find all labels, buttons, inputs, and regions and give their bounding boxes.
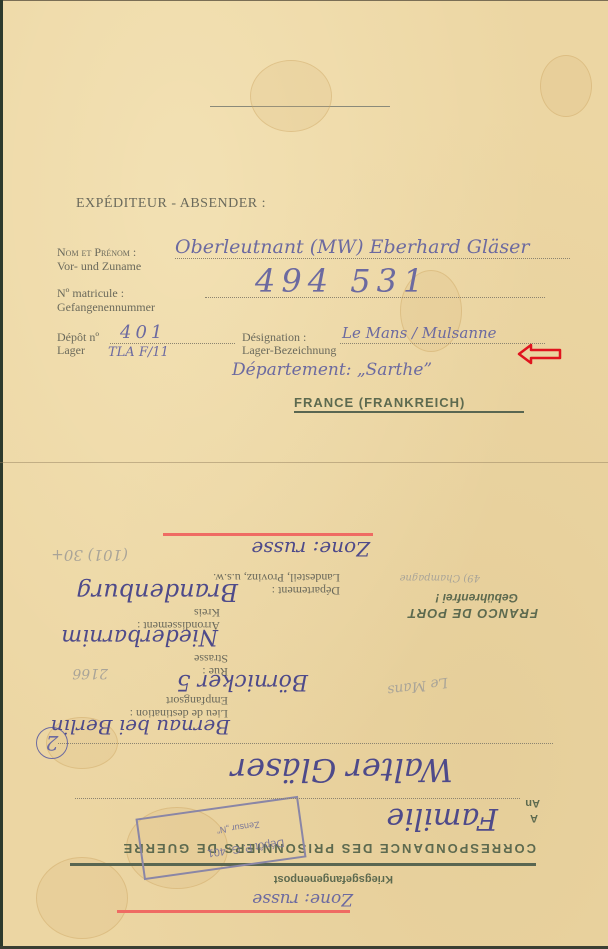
depot-label-de: Lager	[57, 345, 85, 356]
stain	[36, 857, 128, 939]
card-top-edge	[0, 0, 608, 1]
number-label-fr: Nº matricule :	[57, 288, 124, 299]
zone-top: Zone: russe	[251, 537, 370, 561]
prisoner-number-value: 494 531	[255, 262, 429, 300]
country-underline	[294, 411, 524, 413]
departement-value: Département: „Sarthe”	[232, 360, 432, 380]
franco-line2: Gebührenfrei !	[435, 591, 518, 605]
depot-value: 401	[120, 322, 166, 343]
depot-label-fr: Dépôt nº	[57, 332, 99, 343]
pencil-note-2: 49) Champagne	[400, 572, 480, 583]
header-rule	[70, 863, 536, 866]
recipient-section: CORRESPONDANCE DES PRISONNIERS DE GUERRE…	[0, 463, 608, 949]
red-underline	[117, 910, 350, 913]
name-label-de: Vor- und Zuname	[57, 261, 141, 272]
pencil-note-1: (101) 30+	[51, 546, 128, 564]
to-label-fr: A	[530, 812, 538, 824]
subheader-kriegsgefangenenpost: Kriegsgefangenenpost	[274, 873, 393, 885]
designation-dotted-line	[340, 343, 545, 344]
place-value: Bernau bei Berlin	[51, 715, 230, 739]
name-dotted-line	[175, 258, 570, 259]
to-dotted-line1	[75, 798, 520, 799]
pow-postcard: EXPÉDITEUR - ABSENDER : Nom et Prénom : …	[0, 0, 608, 949]
sender-heading: EXPÉDITEUR - ABSENDER :	[76, 196, 266, 212]
to-label-de: An	[525, 797, 540, 809]
street-pencil-note: 2166	[72, 665, 108, 681]
depot-sub-value: TLA F/11	[108, 345, 169, 360]
sender-name-value: Oberleutnant (MW) Eberhard Gläser	[175, 236, 529, 258]
arrond-value: Niederbarnim	[61, 624, 218, 649]
designation-value: Le Mans / Mulsanne	[342, 324, 497, 342]
stain	[250, 60, 332, 132]
left-arrow-icon	[517, 343, 563, 365]
designation-label-fr: Désignation :	[242, 332, 306, 343]
country-label: FRANCE (FRANKREICH)	[294, 395, 465, 410]
number-label-de: Gefangenennummer	[57, 302, 155, 313]
to-line1-value: Familie	[386, 801, 498, 836]
name-label-fr: Nom et Prénom :	[57, 247, 136, 258]
franco-line1: FRANCO DE PORT	[407, 606, 538, 621]
to-dotted-line2	[58, 743, 553, 744]
stamp-line1: Dépôt P. G. 401	[207, 836, 285, 859]
red-underline	[163, 533, 373, 536]
street-value: Börnicker 5	[177, 669, 308, 694]
arrond-label-de: Kreis	[194, 607, 220, 618]
dept-value: Brandenburg	[76, 578, 238, 606]
zone-bottom: Zone: russe	[252, 889, 353, 909]
depot-dotted-line	[110, 343, 235, 344]
to-line2-value: Walter Gläser	[231, 751, 453, 789]
dept-label-fr: Département :	[272, 585, 340, 596]
stamp-line2: Zensur „N”	[216, 820, 260, 836]
place-label-de: Empfangsort	[166, 695, 228, 706]
designation-label-de: Lager-Bezeichnung	[242, 345, 336, 356]
pencil-note-3: Le Mans	[386, 674, 449, 698]
stain	[540, 55, 592, 117]
street-label-de: Strasse	[194, 653, 228, 664]
